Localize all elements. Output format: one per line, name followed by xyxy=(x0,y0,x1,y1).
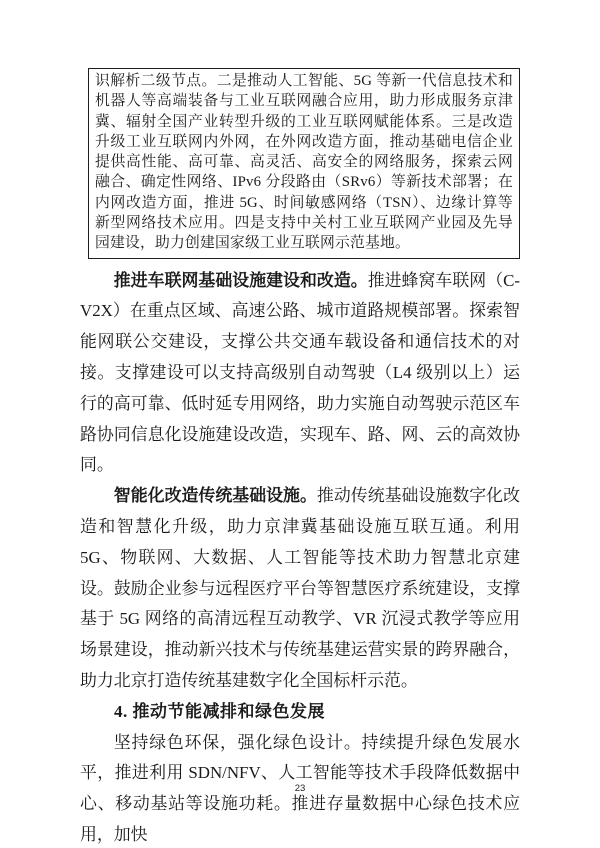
paragraph-vehicle-network: 推进车联网基础设施建设和改造。推进蜂窝车联网（C-V2X）在重点区域、高速公路、… xyxy=(80,266,520,482)
document-page: 识解析二级节点。二是推动人工智能、5G 等新一代信息技术和机器人等高端装备与工业… xyxy=(0,0,600,848)
boxed-paragraph: 识解析二级节点。二是推动人工智能、5G 等新一代信息技术和机器人等高端装备与工业… xyxy=(88,68,520,259)
paragraph-smart-infrastructure: 智能化改造传统基础设施。推动传统基础设施数字化改造和智慧化升级，助力京津冀基础设… xyxy=(80,481,520,697)
paragraph-smart-infrastructure-body: 推动传统基础设施数字化改造和智慧化升级，助力京津冀基础设施互联互通。利用 5G、… xyxy=(80,486,520,690)
paragraph-vehicle-network-body: 推进蜂窝车联网（C-V2X）在重点区域、高速公路、城市道路规模部署。探索智能网联… xyxy=(80,271,520,475)
section-heading: 4. 推动节能减排和绿色发展 xyxy=(80,697,520,728)
document-content: 识解析二级节点。二是推动人工智能、5G 等新一代信息技术和机器人等高端装备与工业… xyxy=(80,68,520,848)
boxed-paragraph-text: 识解析二级节点。二是推动人工智能、5G 等新一代信息技术和机器人等高端装备与工业… xyxy=(95,73,513,251)
paragraph-smart-infrastructure-lead: 智能化改造传统基础设施。 xyxy=(114,486,317,505)
page-number: 23 xyxy=(0,783,600,794)
paragraph-vehicle-network-lead: 推进车联网基础设施建设和改造。 xyxy=(114,271,368,290)
